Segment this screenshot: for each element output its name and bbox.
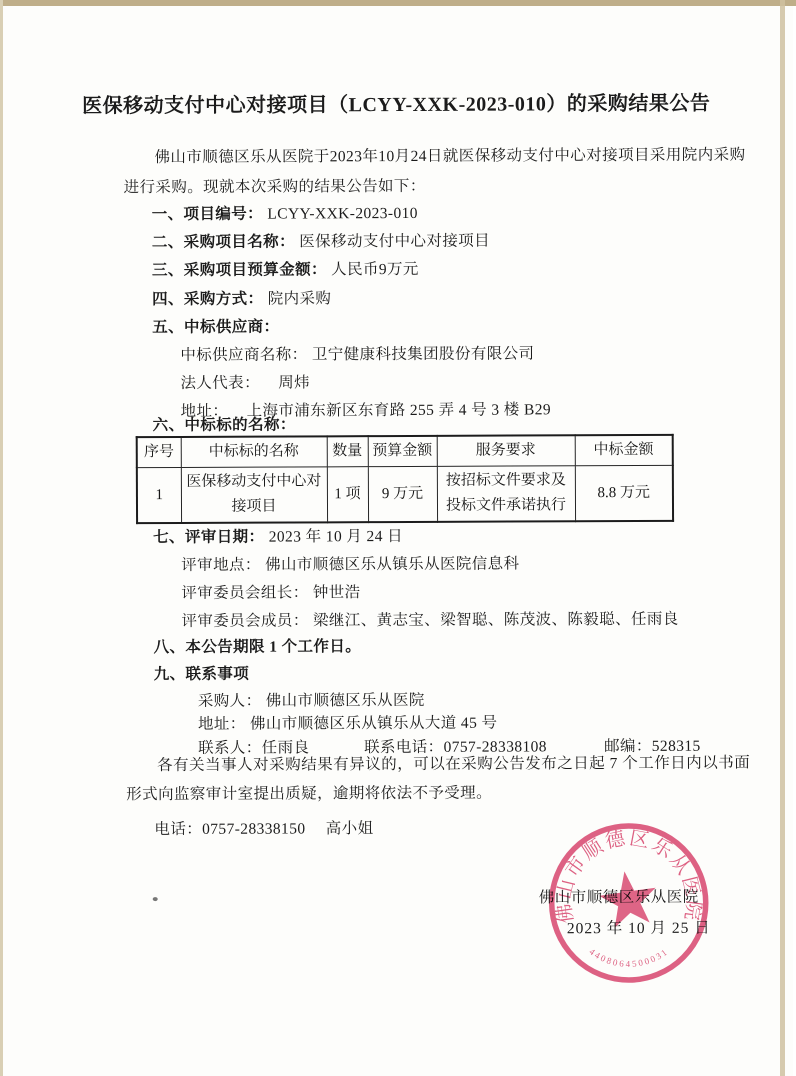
winner-name-line: 中标供应商名称： 卫宁健康科技集团股份有限公司 — [180, 341, 534, 365]
item-label: 二、采购项目名称： — [152, 233, 295, 251]
item-value: 人民币9万元 — [331, 261, 419, 278]
item-value: 医保移动支付中心对接项目 — [299, 233, 490, 251]
col-name: 中标标的名称 — [181, 436, 327, 467]
legal-rep-line: 法人代表： 周炜 — [180, 370, 310, 393]
objection-phone-line: 电话：0757-28338150 高小姐 — [154, 816, 373, 839]
seal-number-text: 4408064500031 — [587, 946, 670, 969]
winner-name: 卫宁健康科技集团股份有限公司 — [312, 345, 535, 363]
item-label: 三、采购项目预算金额： — [152, 261, 327, 279]
objection-contact-name: 高小姐 — [326, 820, 374, 837]
intro-paragraph: 佛山市顺德区乐从医院于2023年10月24日就医保移动支付中心对接项目采用院内采… — [123, 141, 745, 204]
review-members-line: 评审委员会成员： 梁继江、黄志宝、梁智聪、陈茂波、陈毅聪、任雨良 — [181, 607, 678, 631]
buyer-label: 采购人： — [198, 693, 262, 710]
col-qty: 数量 — [327, 436, 368, 467]
objection-phone-label: 电话： — [154, 821, 202, 838]
item-label: 四、采购方式： — [152, 291, 263, 308]
contact-heading: 九、联系事项 — [154, 662, 250, 684]
document-page: 医保移动支付中心对接项目（LCYY-XXK-2023-010）的采购结果公告 佛… — [3, 6, 793, 1076]
col-service: 服务要求 — [437, 435, 575, 466]
cell-amount: 8.8 万元 — [575, 465, 673, 521]
item-budget: 三、采购项目预算金额： 人民币9万元 — [152, 257, 419, 280]
cell-service: 按招标文件要求及投标文件承诺执行 — [437, 466, 575, 522]
official-seal-stamp: 佛山市顺德区乐从医院 4408064500031 — [525, 800, 732, 1007]
item-award-heading: 六、中标标的名称： — [153, 412, 296, 435]
notice-period-line: 八、本公告期限 1 个工作日。 — [154, 634, 362, 657]
scanner-edge-right — [780, 0, 785, 1076]
scanner-edge-left — [0, 0, 3, 1076]
contact-address-label: 地址： — [198, 716, 246, 733]
table-header-row: 序号 中标标的名称 数量 预算金额 服务要求 中标金额 — [137, 435, 673, 468]
winner-name-label: 中标供应商名称： — [180, 346, 307, 364]
objection-phone: 0757-28338150 — [202, 820, 305, 837]
review-members: 梁继江、黄志宝、梁智聪、陈茂波、陈毅聪、任雨良 — [313, 611, 679, 630]
item-method: 四、采购方式： 院内采购 — [152, 286, 331, 309]
review-date-line: 七、评审日期： 2023 年 10 月 24 日 — [153, 524, 403, 547]
seal-star-icon — [596, 867, 660, 929]
buyer: 佛山市顺德区乐从医院 — [266, 692, 425, 710]
review-place-line: 评审地点： 佛山市顺德区乐从镇乐从医院信息科 — [181, 551, 519, 574]
item-value: LCYY-XXK-2023-010 — [267, 205, 418, 223]
item-project-name: 二、采购项目名称： 医保移动支付中心对接项目 — [152, 229, 490, 252]
scan-speck — [153, 897, 158, 901]
review-date: 2023 年 10 月 24 日 — [269, 528, 403, 546]
document-content: 医保移动支付中心对接项目（LCYY-XXK-2023-010）的采购结果公告 佛… — [1, 4, 796, 1076]
col-amount: 中标金额 — [575, 435, 673, 466]
review-leader-line: 评审委员会组长： 钟世浩 — [181, 580, 360, 603]
document-title: 医保移动支付中心对接项目（LCYY-XXK-2023-010）的采购结果公告 — [1, 86, 791, 118]
col-budget: 预算金额 — [368, 436, 437, 467]
review-members-label: 评审委员会成员： — [181, 612, 308, 630]
cell-qty: 1 项 — [327, 467, 368, 523]
review-place-label: 评审地点： — [181, 557, 261, 574]
col-serial: 序号 — [137, 437, 181, 468]
item-winner-heading: 五、中标供应商： — [152, 315, 279, 338]
review-date-label: 七、评审日期： — [153, 529, 264, 546]
item-label: 一、项目编号： — [152, 206, 263, 223]
review-leader: 钟世浩 — [313, 584, 361, 601]
cell-name: 医保移动支付中心对接项目 — [181, 467, 327, 523]
award-table: 序号 中标标的名称 数量 预算金额 服务要求 中标金额 1 医保移动支付中心对接… — [136, 434, 674, 524]
cell-budget: 9 万元 — [368, 466, 437, 522]
review-place: 佛山市顺德区乐从镇乐从医院信息科 — [265, 555, 519, 573]
table-row: 1 医保移动支付中心对接项目 1 项 9 万元 按招标文件要求及投标文件承诺执行… — [137, 465, 673, 523]
legal-rep-label: 法人代表： — [180, 375, 260, 392]
contact-address-line: 地址： 佛山市顺德区乐从镇乐从大道 45 号 — [198, 711, 498, 734]
review-leader-label: 评审委员会组长： — [181, 584, 308, 602]
cell-serial: 1 — [137, 467, 181, 523]
legal-rep: 周炜 — [278, 374, 310, 391]
contact-buyer-line: 采购人： 佛山市顺德区乐从医院 — [198, 688, 425, 711]
item-project-number: 一、项目编号： LCYY-XXK-2023-010 — [152, 201, 418, 224]
contact-address: 佛山市顺德区乐从镇乐从大道 45 号 — [250, 715, 498, 733]
item-value: 院内采购 — [268, 290, 332, 307]
